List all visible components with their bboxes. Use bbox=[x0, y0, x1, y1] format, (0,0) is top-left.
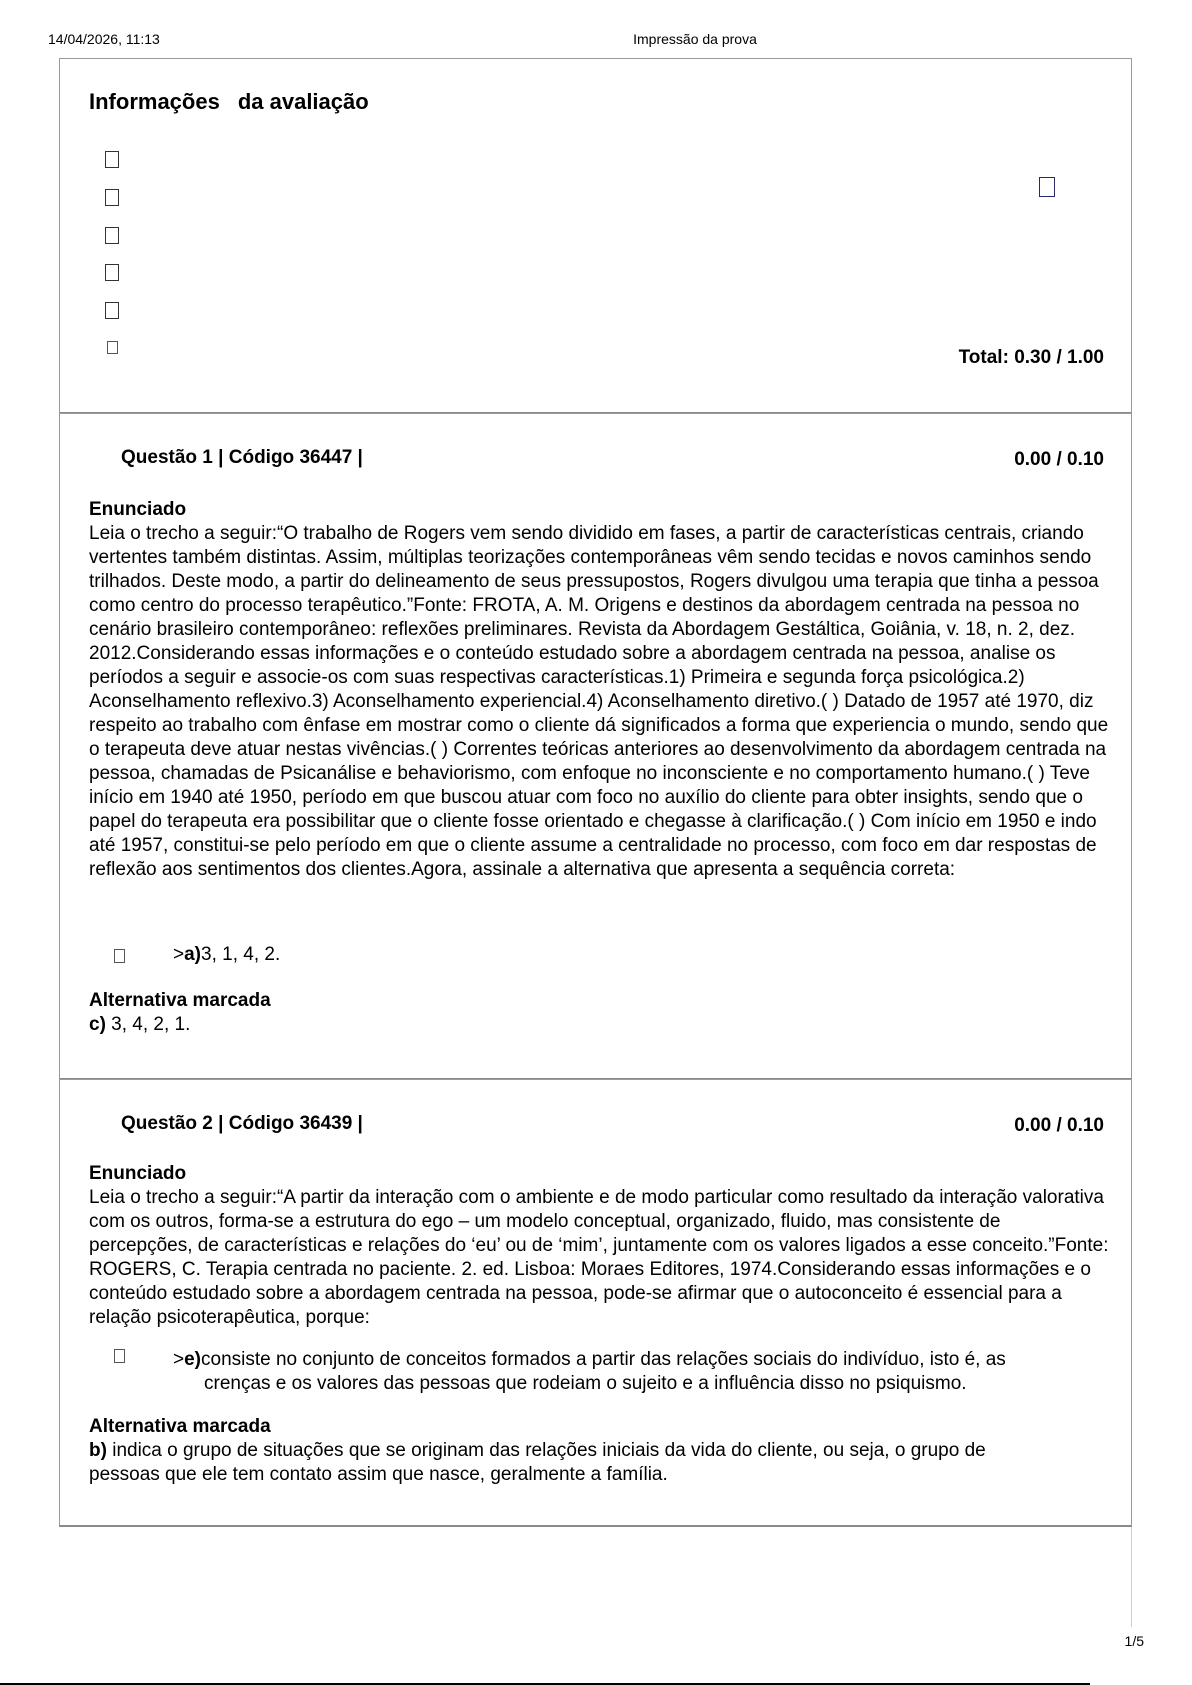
page-number: 1/5 bbox=[1125, 1633, 1144, 1649]
marked-label: Alternativa marcada bbox=[89, 1416, 271, 1438]
statement-text: Leia o trecho a seguir:“A partir da inte… bbox=[89, 1186, 1109, 1330]
print-title: Impressão da prova bbox=[0, 31, 1192, 47]
next-card-frame bbox=[59, 1527, 1132, 1627]
missing-glyph-icon bbox=[114, 1349, 125, 1363]
marked-text: 3, 4, 2, 1. bbox=[106, 1014, 191, 1035]
missing-glyph-icon bbox=[105, 227, 119, 244]
option-prefix: > bbox=[173, 944, 184, 965]
correct-option: >a)3, 1, 4, 2. bbox=[173, 943, 1113, 967]
missing-glyph-icon bbox=[105, 189, 119, 206]
info-title-part1: Informações bbox=[89, 89, 220, 114]
evaluation-info-title: Informaçõesda avaliação bbox=[89, 89, 369, 115]
info-title-part2: da avaliação bbox=[238, 89, 369, 114]
question-header: Questão 1 | Código 36447 | bbox=[121, 447, 363, 469]
marked-label: Alternativa marcada bbox=[89, 990, 271, 1012]
evaluation-info-card: Informaçõesda avaliação Total: 0.30 / 1.… bbox=[59, 58, 1132, 414]
marked-letter: b) bbox=[89, 1440, 107, 1461]
statement-text: Leia o trecho a seguir:“O trabalho de Ro… bbox=[89, 522, 1109, 882]
marked-text: indica o grupo de situações que se origi… bbox=[89, 1440, 986, 1485]
option-text-continued: crenças e os valores das pessoas que rod… bbox=[173, 1372, 1113, 1396]
question-card: Questão 1 | Código 36447 | 0.00 / 0.10 E… bbox=[59, 413, 1132, 1080]
correct-option: >e)consiste no conjunto de conceitos for… bbox=[173, 1348, 1113, 1396]
total-score: Total: 0.30 / 1.00 bbox=[959, 347, 1104, 369]
statement-label: Enunciado bbox=[89, 1163, 186, 1185]
missing-glyph-icon bbox=[105, 264, 119, 281]
question-score: 0.00 / 0.10 bbox=[1014, 449, 1104, 471]
question-card: Questão 2 | Código 36439 | 0.00 / 0.10 E… bbox=[59, 1079, 1132, 1527]
missing-glyph-icon bbox=[105, 151, 119, 168]
marked-letter: c) bbox=[89, 1014, 106, 1035]
option-letter: a) bbox=[184, 944, 201, 965]
statement-label: Enunciado bbox=[89, 499, 186, 521]
missing-glyph-icon bbox=[107, 341, 118, 354]
question-header: Questão 2 | Código 36439 | bbox=[121, 1113, 363, 1135]
missing-glyph-icon bbox=[105, 302, 119, 319]
missing-glyph-icon bbox=[1039, 177, 1055, 197]
marked-answer: b) indica o grupo de situações que se or… bbox=[89, 1439, 989, 1487]
option-text: 3, 1, 4, 2. bbox=[201, 944, 280, 965]
question-score: 0.00 / 0.10 bbox=[1014, 1115, 1104, 1137]
marked-answer: c) 3, 4, 2, 1. bbox=[89, 1013, 1109, 1037]
option-text: consiste no conjunto de conceitos formad… bbox=[201, 1349, 1006, 1370]
missing-glyph-icon bbox=[114, 949, 125, 963]
option-letter: e) bbox=[184, 1349, 201, 1370]
option-prefix: > bbox=[173, 1349, 184, 1370]
